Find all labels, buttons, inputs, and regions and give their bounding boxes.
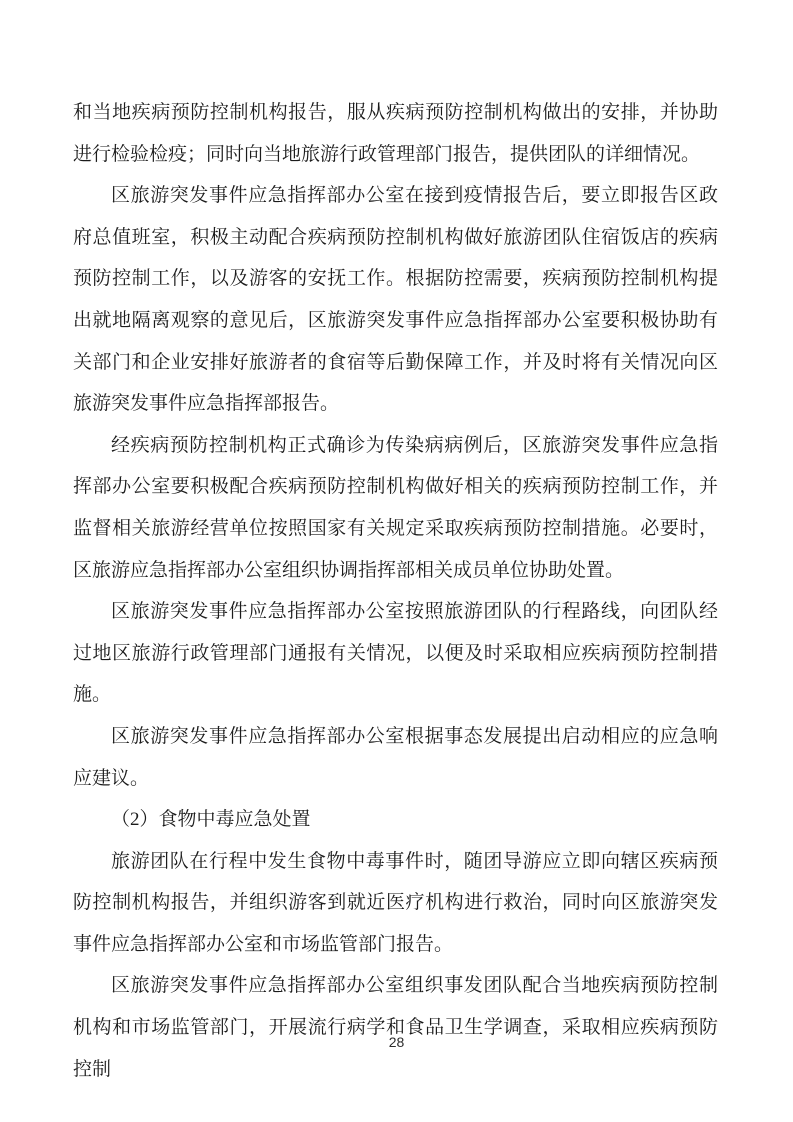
document-body: 和当地疾病预防控制机构报告，服从疾病预防控制机构做出的安排，并协助进行检验检疫；…	[73, 92, 718, 1090]
document-page: 和当地疾病预防控制机构报告，服从疾病预防控制机构做出的安排，并协助进行检验检疫；…	[0, 0, 793, 1122]
paragraph: 区旅游突发事件应急指挥部办公室按照旅游团队的行程路线，向团队经过地区旅游行政管理…	[73, 591, 718, 716]
section-heading-food-poisoning: （2）食物中毒应急处置	[73, 799, 718, 841]
paragraph-continuation: 和当地疾病预防控制机构报告，服从疾病预防控制机构做出的安排，并协助进行检验检疫；…	[73, 92, 718, 175]
paragraph: 经疾病预防控制机构正式确诊为传染病病例后，区旅游突发事件应急指挥部办公室要积极配…	[73, 425, 718, 591]
page-number: 28	[0, 1034, 793, 1050]
paragraph: 区旅游突发事件应急指挥部办公室组织事发团队配合当地疾病预防控制机构和市场监管部门…	[73, 965, 718, 1090]
paragraph: 旅游团队在行程中发生食物中毒事件时，随团导游应立即向辖区疾病预防控制机构报告，并…	[73, 841, 718, 966]
paragraph: 区旅游突发事件应急指挥部办公室在接到疫情报告后，要立即报告区政府总值班室，积极主…	[73, 175, 718, 425]
paragraph: 区旅游突发事件应急指挥部办公室根据事态发展提出启动相应的应急响应建议。	[73, 716, 718, 799]
